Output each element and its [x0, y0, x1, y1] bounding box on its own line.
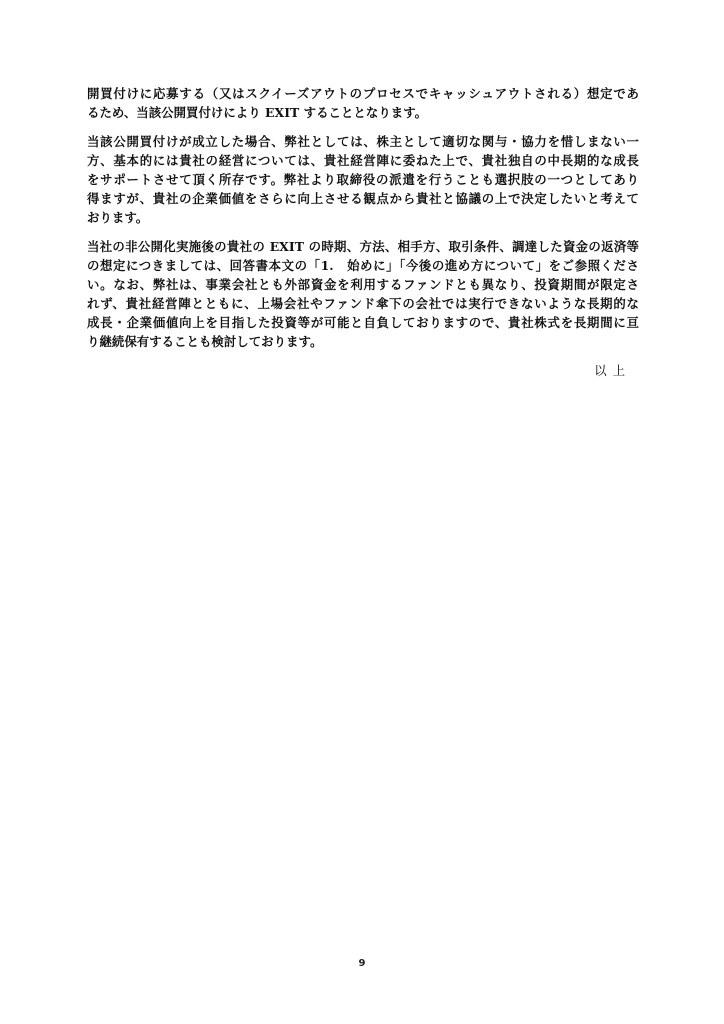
text-line: 当該公開買付けが成立した場合、弊社としては、株主として適切な関与・協力を惜しまな…	[87, 132, 639, 151]
text-line: をサポートさせて頂く所存です。弊社より取締役の派遣を行うことも選択肢の一つとして…	[87, 170, 639, 189]
text-line: 当社の非公開化実施後の貴社の EXIT の時期、方法、相手方、取引条件、調達した…	[87, 237, 639, 256]
document-page: 開買付けに応募する（又はスクイーズアウトのプロセスでキャッシュアウトされる）想定…	[87, 84, 639, 380]
page-number: 9	[0, 958, 724, 969]
text-line: 方、基本的には貴社の経営については、貴社経営陣に委ねた上で、貴社独自の中長期的な…	[87, 151, 639, 170]
text-line: の想定につきましては、回答書本文の「1. 始めに」「今後の進め方について」をご参…	[87, 256, 639, 275]
text-line: 得ますが、貴社の企業価値をさらに向上させる観点から貴社と協議の上で決定したいと考…	[87, 189, 639, 208]
text-line: るため、当該公開買付けにより EXIT することとなります。	[87, 103, 639, 122]
text-line: 成長・企業価値向上を目指した投資等が可能と自負しておりますので、貴社株式を長期間…	[87, 313, 639, 332]
closing-mark: 以上	[87, 361, 639, 380]
text-line: り継続保有することも検討しております。	[87, 332, 639, 351]
paragraph-exit-via-tender-offer: 開買付けに応募する（又はスクイーズアウトのプロセスでキャッシュアウトされる）想定…	[87, 84, 639, 122]
paragraph-exit-plan: 当社の非公開化実施後の貴社の EXIT の時期、方法、相手方、取引条件、調達した…	[87, 237, 639, 351]
text-line: おります。	[87, 208, 639, 227]
text-line: 開買付けに応募する（又はスクイーズアウトのプロセスでキャッシュアウトされる）想定…	[87, 84, 639, 103]
text-line: い。なお、弊社は、事業会社とも外部資金を利用するファンドとも異なり、投資期間が限…	[87, 275, 639, 294]
paragraph-post-tender-policy: 当該公開買付けが成立した場合、弊社としては、株主として適切な関与・協力を惜しまな…	[87, 132, 639, 227]
text-line: れず、貴社経営陣とともに、上場会社やファンド傘下の会社では実行できないような長期…	[87, 294, 639, 313]
